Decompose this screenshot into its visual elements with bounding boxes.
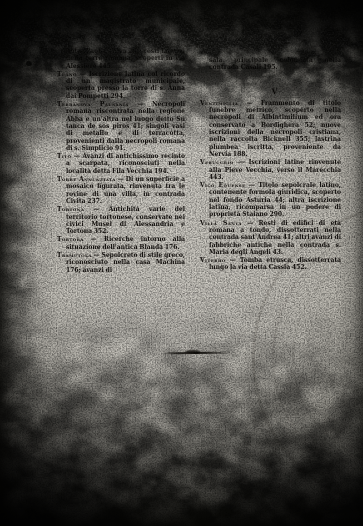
index-entry: sala principale colonnata nella contrada…: [200, 57, 341, 72]
index-entry: Viterbo — Tomba etrusca, dissotterrata l…: [200, 257, 341, 272]
index-entry: nota (Paglia Valva 29); resti laterizi d…: [57, 48, 185, 70]
entry-headword: Villa Santa: [200, 220, 242, 227]
index-entry: Vico Equense — Titolo sepolcrale latino,…: [200, 182, 341, 218]
index-entry: Tramutola — Sepolcreto di stile greco, r…: [57, 252, 185, 274]
index-entry: Torre Annunziata — Di un superficie a mo…: [57, 176, 185, 205]
section-header-v: V: [200, 88, 341, 95]
entry-headword: Teano: [57, 71, 77, 78]
left-column: nota (Paglia Valva 29); resti laterizi d…: [57, 48, 185, 275]
right-column-pre-entries: sala principale colonnata nella contrada…: [200, 57, 341, 72]
index-entry: Tortora — Ricerche intorno alla situazio…: [57, 236, 185, 251]
right-column: sala principale colonnata nella contrada…: [200, 57, 341, 273]
index-entry: Tito — Avanzi di antichissimo recinto a …: [57, 153, 185, 175]
entry-headword: Tito: [57, 153, 71, 160]
left-column-entries: nota (Paglia Valva 29); resti laterizi d…: [57, 48, 185, 274]
entry-headword: Viterbo: [200, 257, 226, 264]
index-entry: Tortona — Antichità varie del territorio…: [57, 206, 185, 235]
index-entry: Ventimiglia — Frammento di titolo funebr…: [200, 100, 341, 158]
right-column-entries: Ventimiglia — Frammento di titolo funebr…: [200, 100, 341, 272]
index-entry: Teano — Iscrizione latina col ricordo di…: [57, 71, 185, 100]
scanned-book-page: — 8 — nota (Paglia Valva 29); resti late…: [0, 0, 363, 526]
entry-headword: Verucchio: [200, 159, 234, 166]
entry-headword: Tramutola: [57, 252, 92, 259]
entry-headword: Vico Equense: [200, 182, 246, 189]
entry-headword: Terranova Pausania: [57, 101, 129, 108]
index-entry: Verucchio — Iscrizioni latine rinvenute …: [200, 159, 341, 181]
index-entry: Terranova Pausania — Necropoli romana ri…: [57, 101, 185, 152]
entry-headword: Torre Annunziata: [57, 176, 116, 183]
entry-headword: Tortona: [57, 206, 84, 213]
entry-headword: Ventimiglia: [200, 100, 238, 107]
index-entry: Villa Santa — Resti di edifici di età ro…: [200, 220, 341, 256]
ink-bleed-through: [92, 286, 302, 344]
entry-headword: Tortora: [57, 236, 84, 243]
